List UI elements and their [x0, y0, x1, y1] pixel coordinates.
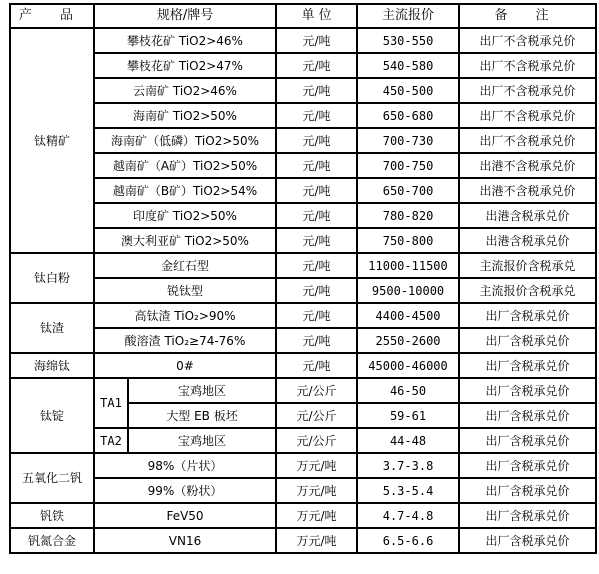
note-cell: 出港不含税承兑价 [459, 153, 596, 178]
table-row: 云南矿 TiO2>46% 元/吨 450-500 出厂不含税承兑价 [10, 78, 596, 103]
unit-cell: 元/吨 [276, 153, 357, 178]
unit-cell: 元/吨 [276, 203, 357, 228]
spec-cell: 宝鸡地区 [128, 378, 276, 403]
price-cell: 46-50 [357, 378, 459, 403]
price-cell: 700-750 [357, 153, 459, 178]
price-cell: 700-730 [357, 128, 459, 153]
spec-cell: 酸溶渣 TiO₂≥74-76% [94, 328, 276, 353]
header-product: 产 品 [10, 4, 94, 28]
note-cell: 出厂不含税承兑价 [459, 53, 596, 78]
note-cell: 出港含税承兑价 [459, 203, 596, 228]
spec-cell: 澳大利亚矿 TiO2>50% [94, 228, 276, 253]
category-cell: 钒铁 [10, 503, 94, 528]
price-cell: 44-48 [357, 428, 459, 453]
table-row: 越南矿（A矿）TiO2>50% 元/吨 700-750 出港不含税承兑价 [10, 153, 596, 178]
note-cell: 出厂含税承兑价 [459, 353, 596, 378]
price-cell: 750-800 [357, 228, 459, 253]
note-cell: 出港不含税承兑价 [459, 178, 596, 203]
spec-cell: 攀枝花矿 TiO2>46% [94, 28, 276, 53]
grade-cell: TA1 [94, 378, 128, 428]
table-row: 酸溶渣 TiO₂≥74-76% 元/吨 2550-2600 出厂含税承兑价 [10, 328, 596, 353]
unit-cell: 元/吨 [276, 103, 357, 128]
table-row: 锐钛型 元/吨 9500-10000 主流报价含税承兑 [10, 278, 596, 303]
table-row: 钛渣 高钛渣 TiO₂>90% 元/吨 4400-4500 出厂含税承兑价 [10, 303, 596, 328]
table-row: 钛锭 TA1 宝鸡地区 元/公斤 46-50 出厂含税承兑价 [10, 378, 596, 403]
note-cell: 出厂含税承兑价 [459, 378, 596, 403]
unit-cell: 万元/吨 [276, 503, 357, 528]
unit-cell: 元/吨 [276, 28, 357, 53]
note-cell: 出厂含税承兑价 [459, 503, 596, 528]
header-note: 备 注 [459, 4, 596, 28]
price-cell: 6.5-6.6 [357, 528, 459, 553]
spec-cell: 越南矿（B矿）TiO2>54% [94, 178, 276, 203]
unit-cell: 元/公斤 [276, 378, 357, 403]
spec-cell: 0# [94, 353, 276, 378]
spec-cell: 锐钛型 [94, 278, 276, 303]
note-cell: 出厂含税承兑价 [459, 403, 596, 428]
note-cell: 出厂含税承兑价 [459, 453, 596, 478]
category-cell: 钒氮合金 [10, 528, 94, 553]
price-cell: 5.3-5.4 [357, 478, 459, 503]
header-row: 产 品 规格/牌号 单 位 主流报价 备 注 [10, 4, 596, 28]
table-row: 钒氮合金 VN16 万元/吨 6.5-6.6 出厂含税承兑价 [10, 528, 596, 553]
note-cell: 出港含税承兑价 [459, 228, 596, 253]
unit-cell: 元/吨 [276, 303, 357, 328]
table-row: 钛白粉 金红石型 元/吨 11000-11500 主流报价含税承兑 [10, 253, 596, 278]
table-row: 海绵钛 0# 元/吨 45000-46000 出厂含税承兑价 [10, 353, 596, 378]
note-cell: 主流报价含税承兑 [459, 253, 596, 278]
unit-cell: 万元/吨 [276, 453, 357, 478]
unit-cell: 元/吨 [276, 128, 357, 153]
spec-cell: FeV50 [94, 503, 276, 528]
header-spec: 规格/牌号 [94, 4, 276, 28]
unit-cell: 元/吨 [276, 228, 357, 253]
note-cell: 出厂不含税承兑价 [459, 103, 596, 128]
spec-cell: 金红石型 [94, 253, 276, 278]
table-row: 钒铁 FeV50 万元/吨 4.7-4.8 出厂含税承兑价 [10, 503, 596, 528]
price-cell: 4.7-4.8 [357, 503, 459, 528]
table-row: 印度矿 TiO2>50% 元/吨 780-820 出港含税承兑价 [10, 203, 596, 228]
unit-cell: 元/吨 [276, 53, 357, 78]
spec-cell: 印度矿 TiO2>50% [94, 203, 276, 228]
table-row: 海南矿 TiO2>50% 元/吨 650-680 出厂不含税承兑价 [10, 103, 596, 128]
note-cell: 出厂含税承兑价 [459, 478, 596, 503]
note-cell: 出厂含税承兑价 [459, 528, 596, 553]
spec-cell: 云南矿 TiO2>46% [94, 78, 276, 103]
note-cell: 出厂含税承兑价 [459, 328, 596, 353]
spec-cell: 99%（粉状） [94, 478, 276, 503]
spec-cell: VN16 [94, 528, 276, 553]
table-row: 越南矿（B矿）TiO2>54% 元/吨 650-700 出港不含税承兑价 [10, 178, 596, 203]
table-row: 澳大利亚矿 TiO2>50% 元/吨 750-800 出港含税承兑价 [10, 228, 596, 253]
category-cell: 五氧化二钒 [10, 453, 94, 503]
spec-cell: 攀枝花矿 TiO2>47% [94, 53, 276, 78]
price-table: 产 品 规格/牌号 单 位 主流报价 备 注 钛精矿 攀枝花矿 TiO2>46%… [9, 3, 597, 554]
header-price: 主流报价 [357, 4, 459, 28]
note-cell: 出厂不含税承兑价 [459, 28, 596, 53]
price-cell: 450-500 [357, 78, 459, 103]
spec-cell: 海南矿 TiO2>50% [94, 103, 276, 128]
unit-cell: 元/吨 [276, 78, 357, 103]
category-cell: 钛渣 [10, 303, 94, 353]
table-row: 钛精矿 攀枝花矿 TiO2>46% 元/吨 530-550 出厂不含税承兑价 [10, 28, 596, 53]
category-cell: 钛白粉 [10, 253, 94, 303]
price-cell: 650-700 [357, 178, 459, 203]
table-row: TA2 宝鸡地区 元/公斤 44-48 出厂含税承兑价 [10, 428, 596, 453]
unit-cell: 元/公斤 [276, 428, 357, 453]
note-cell: 出厂不含税承兑价 [459, 78, 596, 103]
price-cell: 650-680 [357, 103, 459, 128]
table-row: 攀枝花矿 TiO2>47% 元/吨 540-580 出厂不含税承兑价 [10, 53, 596, 78]
unit-cell: 万元/吨 [276, 478, 357, 503]
table-row: 海南矿（低磷）TiO2>50% 元/吨 700-730 出厂不含税承兑价 [10, 128, 596, 153]
unit-cell: 元/吨 [276, 253, 357, 278]
category-cell: 钛精矿 [10, 28, 94, 253]
unit-cell: 元/吨 [276, 178, 357, 203]
price-cell: 9500-10000 [357, 278, 459, 303]
unit-cell: 元/吨 [276, 328, 357, 353]
unit-cell: 元/吨 [276, 278, 357, 303]
grade-cell: TA2 [94, 428, 128, 453]
spec-cell: 海南矿（低磷）TiO2>50% [94, 128, 276, 153]
category-cell: 海绵钛 [10, 353, 94, 378]
spec-cell: 越南矿（A矿）TiO2>50% [94, 153, 276, 178]
note-cell: 主流报价含税承兑 [459, 278, 596, 303]
price-cell: 4400-4500 [357, 303, 459, 328]
price-cell: 780-820 [357, 203, 459, 228]
price-cell: 540-580 [357, 53, 459, 78]
spec-cell: 宝鸡地区 [128, 428, 276, 453]
unit-cell: 元/公斤 [276, 403, 357, 428]
price-cell: 2550-2600 [357, 328, 459, 353]
note-cell: 出厂含税承兑价 [459, 428, 596, 453]
price-cell: 11000-11500 [357, 253, 459, 278]
price-cell: 3.7-3.8 [357, 453, 459, 478]
category-cell: 钛锭 [10, 378, 94, 453]
price-cell: 59-61 [357, 403, 459, 428]
price-cell: 45000-46000 [357, 353, 459, 378]
spec-cell: 大型 EB 板坯 [128, 403, 276, 428]
note-cell: 出厂含税承兑价 [459, 303, 596, 328]
spec-cell: 98%（片状） [94, 453, 276, 478]
spec-cell: 高钛渣 TiO₂>90% [94, 303, 276, 328]
note-cell: 出厂不含税承兑价 [459, 128, 596, 153]
header-unit: 单 位 [276, 4, 357, 28]
price-cell: 530-550 [357, 28, 459, 53]
unit-cell: 万元/吨 [276, 528, 357, 553]
table-row: 99%（粉状） 万元/吨 5.3-5.4 出厂含税承兑价 [10, 478, 596, 503]
table-row: 五氧化二钒 98%（片状） 万元/吨 3.7-3.8 出厂含税承兑价 [10, 453, 596, 478]
unit-cell: 元/吨 [276, 353, 357, 378]
